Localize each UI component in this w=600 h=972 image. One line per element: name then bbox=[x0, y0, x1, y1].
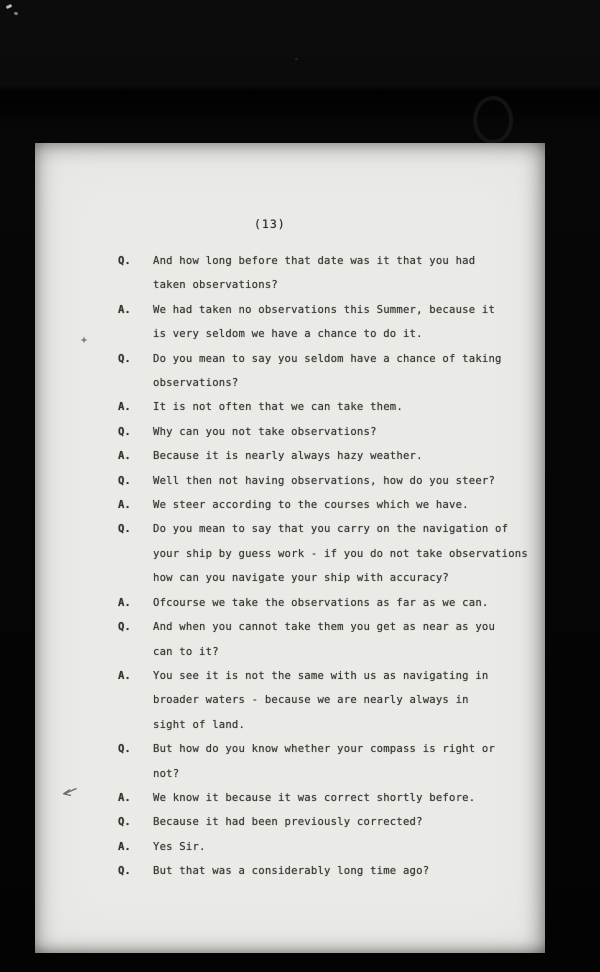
qa-text-block: It is not often that we can take them. bbox=[153, 395, 538, 419]
qa-text-line: Do you mean to say you seldom have a cha… bbox=[153, 347, 538, 371]
qa-text-line: Do you mean to say that you carry on the… bbox=[153, 517, 538, 541]
qa-text-line: not? bbox=[153, 762, 538, 786]
qa-text-block: Do you mean to say you seldom have a cha… bbox=[153, 347, 538, 396]
qa-item: Q. And how long before that date was it … bbox=[118, 249, 538, 298]
qa-item: A. It is not often that we can take them… bbox=[118, 395, 538, 419]
speaker-label: Q. bbox=[118, 517, 153, 541]
binder-ring-shadow bbox=[473, 96, 513, 144]
qa-text-line: taken observations? bbox=[153, 273, 538, 297]
transcript-list: Q. And how long before that date was it … bbox=[118, 249, 538, 884]
qa-text-line: We steer according to the courses which … bbox=[153, 493, 538, 517]
qa-item: Q. Because it had been previously correc… bbox=[118, 810, 538, 834]
qa-text-line: your ship by guess work - if you do not … bbox=[153, 542, 538, 566]
qa-text-block: Why can you not take observations? bbox=[153, 420, 538, 444]
speaker-label: Q. bbox=[118, 469, 153, 493]
speaker-label: A. bbox=[118, 835, 153, 859]
qa-text-line: sight of land. bbox=[153, 713, 538, 737]
qa-text-block: Ofcourse we take the observations as far… bbox=[153, 591, 538, 615]
speaker-label: A. bbox=[118, 298, 153, 322]
qa-text-line: is very seldom we have a chance to do it… bbox=[153, 322, 538, 346]
qa-item: A. We know it because it was correct sho… bbox=[118, 786, 538, 810]
qa-text-block: Because it is nearly always hazy weather… bbox=[153, 444, 538, 468]
qa-item: A. We steer according to the courses whi… bbox=[118, 493, 538, 517]
qa-text-line: And when you cannot take them you get as… bbox=[153, 615, 538, 639]
qa-text-line: Ofcourse we take the observations as far… bbox=[153, 591, 538, 615]
qa-text-block: Do you mean to say that you carry on the… bbox=[153, 517, 538, 590]
qa-item: Q. But how do you know whether your comp… bbox=[118, 737, 538, 786]
speaker-label: A. bbox=[118, 395, 153, 419]
qa-text-block: But how do you know whether your compass… bbox=[153, 737, 538, 786]
speaker-label: Q. bbox=[118, 810, 153, 834]
qa-text-line: Well then not having observations, how d… bbox=[153, 469, 538, 493]
qa-item: Q. Do you mean to say you seldom have a … bbox=[118, 347, 538, 396]
qa-item: Q. Do you mean to say that you carry on … bbox=[118, 517, 538, 590]
qa-text-block: And how long before that date was it tha… bbox=[153, 249, 538, 298]
qa-text-block: Well then not having observations, how d… bbox=[153, 469, 538, 493]
speaker-label: Q. bbox=[118, 347, 153, 371]
speaker-label: Q. bbox=[118, 420, 153, 444]
speaker-label: A. bbox=[118, 591, 153, 615]
qa-text-block: And when you cannot take them you get as… bbox=[153, 615, 538, 664]
qa-text-line: Yes Sir. bbox=[153, 835, 538, 859]
qa-text-line: Because it is nearly always hazy weather… bbox=[153, 444, 538, 468]
qa-text-line: Why can you not take observations? bbox=[153, 420, 538, 444]
qa-text-block: We know it because it was correct shortl… bbox=[153, 786, 538, 810]
document-page: (13) + Q. And how long before that date … bbox=[35, 143, 545, 953]
qa-item: Q. And when you cannot take them you get… bbox=[118, 615, 538, 664]
margin-mark-plus-icon: + bbox=[81, 335, 87, 346]
film-speck bbox=[6, 4, 13, 9]
qa-text-block: You see it is not the same with us as na… bbox=[153, 664, 538, 737]
qa-text-line: how can you navigate your ship with accu… bbox=[153, 566, 538, 590]
qa-text-line: can to it? bbox=[153, 640, 538, 664]
qa-text-line: But that was a considerably long time ag… bbox=[153, 859, 538, 883]
page-number: (13) bbox=[254, 217, 286, 231]
qa-text-line: It is not often that we can take them. bbox=[153, 395, 538, 419]
qa-item: A. Ofcourse we take the observations as … bbox=[118, 591, 538, 615]
qa-text-line: And how long before that date was it tha… bbox=[153, 249, 538, 273]
scan-background: (13) + Q. And how long before that date … bbox=[0, 0, 600, 972]
speaker-label: A. bbox=[118, 493, 153, 517]
qa-text-block: We had taken no observations this Summer… bbox=[153, 298, 538, 347]
qa-text-block: Because it had been previously corrected… bbox=[153, 810, 538, 834]
speaker-label: Q. bbox=[118, 737, 153, 761]
speaker-label: A. bbox=[118, 444, 153, 468]
qa-text-line: You see it is not the same with us as na… bbox=[153, 664, 538, 688]
speaker-label: A. bbox=[118, 664, 153, 688]
qa-text-line: We know it because it was correct shortl… bbox=[153, 786, 538, 810]
film-speck bbox=[295, 58, 298, 60]
qa-item: Q. Why can you not take observations? bbox=[118, 420, 538, 444]
speaker-label: Q. bbox=[118, 249, 153, 273]
qa-text-line: observations? bbox=[153, 371, 538, 395]
film-speck bbox=[14, 12, 18, 16]
qa-item: Q. Well then not having observations, ho… bbox=[118, 469, 538, 493]
qa-item: Q. But that was a considerably long time… bbox=[118, 859, 538, 883]
qa-text-block: Yes Sir. bbox=[153, 835, 538, 859]
speaker-label: Q. bbox=[118, 615, 153, 639]
qa-text-line: We had taken no observations this Summer… bbox=[153, 298, 538, 322]
qa-item: A. Yes Sir. bbox=[118, 835, 538, 859]
qa-text-line: broader waters - because we are nearly a… bbox=[153, 688, 538, 712]
margin-mark-arrow-icon bbox=[60, 783, 78, 802]
speaker-label: Q. bbox=[118, 859, 153, 883]
qa-text-line: Because it had been previously corrected… bbox=[153, 810, 538, 834]
qa-item: A. You see it is not the same with us as… bbox=[118, 664, 538, 737]
qa-text-line: But how do you know whether your compass… bbox=[153, 737, 538, 761]
speaker-label: A. bbox=[118, 786, 153, 810]
qa-text-block: But that was a considerably long time ag… bbox=[153, 859, 538, 883]
qa-item: A. Because it is nearly always hazy weat… bbox=[118, 444, 538, 468]
qa-item: A. We had taken no observations this Sum… bbox=[118, 298, 538, 347]
qa-text-block: We steer according to the courses which … bbox=[153, 493, 538, 517]
